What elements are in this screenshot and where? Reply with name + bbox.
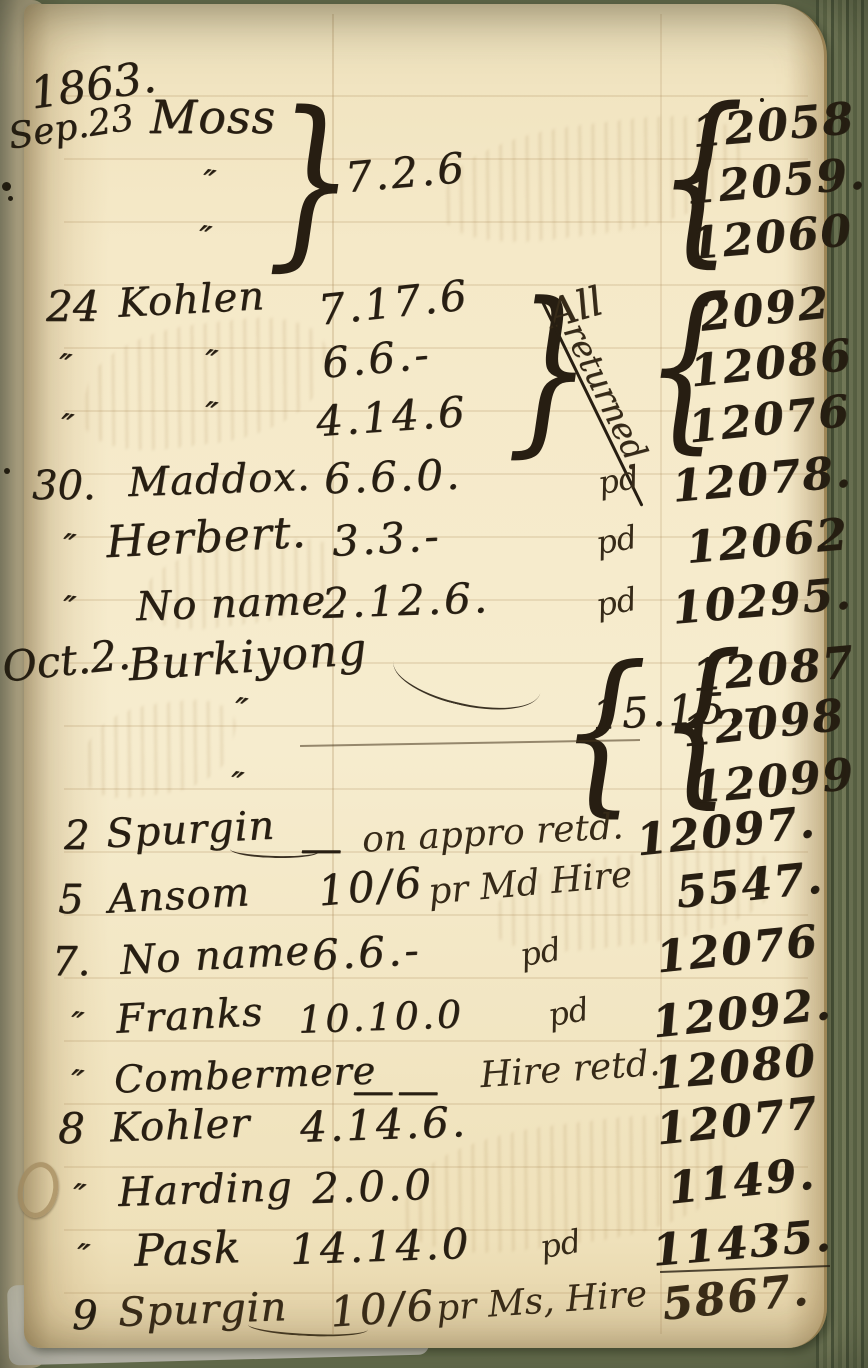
entry-amount: 4.14.6 bbox=[315, 391, 469, 443]
entry-date: 24 bbox=[46, 286, 99, 328]
entry-name: Pask bbox=[133, 1226, 242, 1274]
entry-amount: 3.3.- bbox=[331, 515, 442, 563]
paid-mark: pd bbox=[594, 521, 640, 560]
entry-amount: 4.14.6. bbox=[299, 1101, 468, 1149]
entry-date: 7. bbox=[52, 942, 90, 982]
entry-name: No name bbox=[135, 581, 326, 628]
entry-name: Maddox. bbox=[127, 457, 311, 503]
entry-amount: 10/6 bbox=[329, 1284, 438, 1333]
entry-date: 5 bbox=[58, 880, 83, 920]
entry-name: No name bbox=[119, 931, 311, 981]
entry-name: Kohler bbox=[109, 1104, 251, 1149]
entry-amount: 2.12.6. bbox=[321, 577, 490, 625]
entry-number: 2092 bbox=[698, 281, 832, 338]
entry-amount: 14.14.0 bbox=[289, 1223, 472, 1271]
entry-date: 2 bbox=[64, 816, 89, 856]
paid-mark: pd bbox=[546, 993, 592, 1032]
entry-name: Herbert. bbox=[105, 511, 307, 565]
entry-name: Kohlen bbox=[117, 276, 266, 324]
ink-speck bbox=[4, 468, 10, 474]
entry-date: 8 bbox=[58, 1108, 85, 1150]
entry-amount: 10/6 bbox=[316, 861, 426, 912]
paid-mark: pd bbox=[594, 583, 640, 622]
ledger-photo: 1863. Sep.23 Moss ″ ″ } 7.2.6 { 12058 12… bbox=[0, 0, 868, 1368]
entry-name: Harding bbox=[117, 1167, 293, 1213]
grouping-brace: } bbox=[267, 88, 355, 273]
entry-amount: 7.2.6 bbox=[343, 147, 468, 199]
ink-speck bbox=[2, 182, 11, 191]
entry-amount: — bbox=[300, 828, 345, 870]
entry-name: Moss bbox=[150, 94, 276, 140]
paid-mark: pd bbox=[538, 1225, 584, 1264]
entry-amount: 10.10.0 bbox=[297, 995, 464, 1039]
entry-date: 30. bbox=[32, 466, 96, 506]
entry-date: 9 bbox=[72, 1296, 97, 1336]
entry-name: Combermere bbox=[113, 1051, 376, 1098]
entry-amount: 6.6.- bbox=[311, 929, 422, 977]
entry-name: Ansom bbox=[107, 872, 251, 919]
entry-amount: 6.6.- bbox=[320, 333, 433, 384]
paid-mark: pd bbox=[596, 461, 642, 500]
paid-mark: pd bbox=[518, 933, 564, 972]
ink-speck bbox=[8, 196, 13, 201]
entry-name: Franks bbox=[115, 992, 264, 1040]
entry-amount: 6.6.0. bbox=[323, 454, 463, 501]
entry-amount: 2.0.0 bbox=[311, 1164, 434, 1210]
